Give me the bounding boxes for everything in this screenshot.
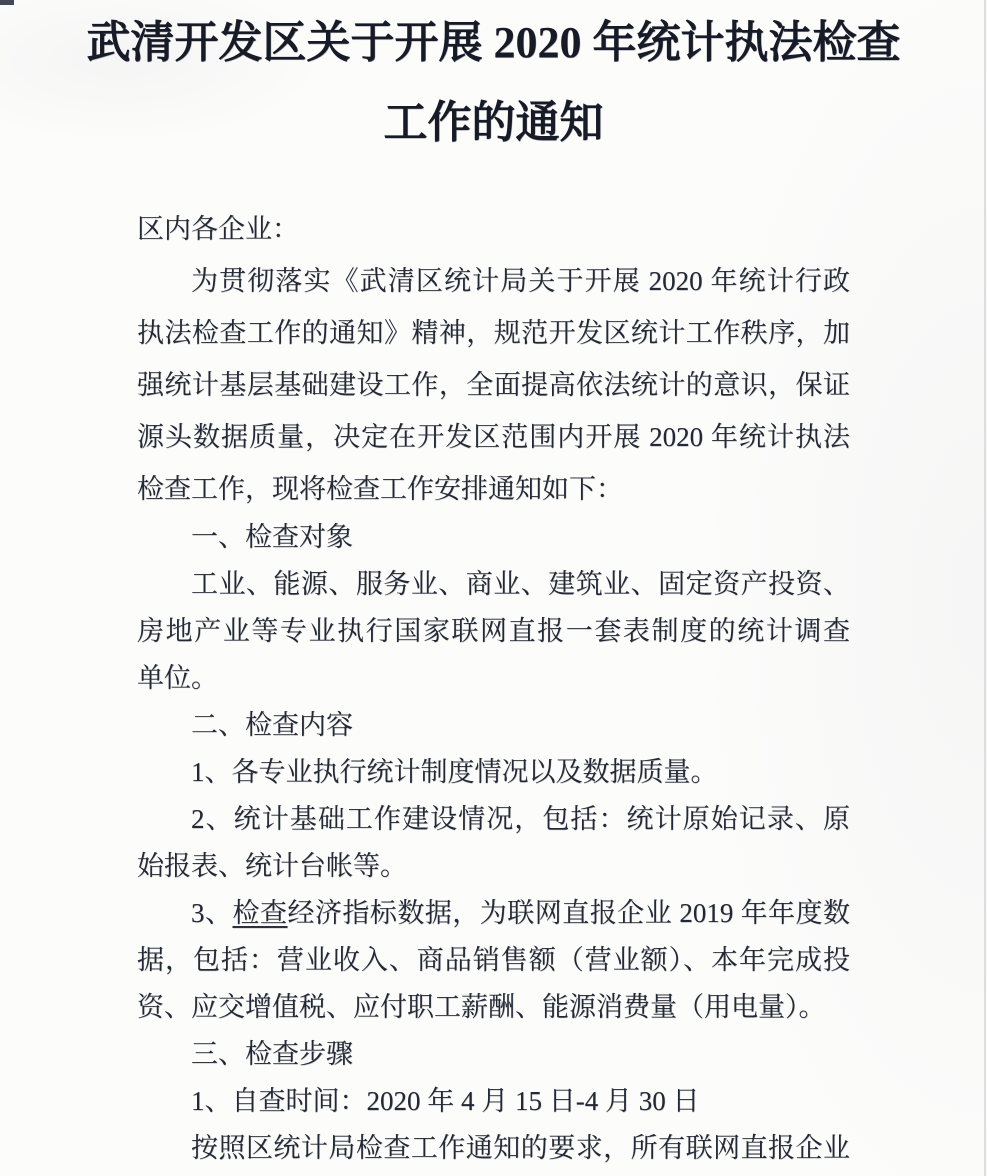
body-line: 工业、能源、服务业、商业、建筑业、固定资产投资、 (137, 561, 850, 608)
body-line: 1、各专业执行统计制度情况以及数据质量。 (137, 749, 850, 796)
notice-title: 武清开发区关于开展 2020 年统计执法检查 工作的通知 (0, 3, 987, 163)
notice-body-sections: 一、检查对象 工业、能源、服务业、商业、建筑业、固定资产投资、 房地产业等专业执… (137, 514, 850, 1172)
body-line-part: 3、 (191, 898, 232, 928)
notice-title-line-2: 工作的通知 (0, 83, 987, 163)
notice-body-opening: 区内各企业： 为贯彻落实《武清区统计局关于开展 2020 年统计行政 执法检查工… (137, 203, 850, 515)
body-line: 单位。 (137, 655, 850, 702)
body-line-part: 经济指标数据，为联网直报企业 2019 年年度数 (287, 898, 850, 928)
body-line: 1、自查时间：2020 年 4 月 15 日-4 月 30 日 (137, 1078, 850, 1125)
notice-title-line-1: 武清开发区关于开展 2020 年统计执法检查 (0, 3, 987, 83)
body-line: 资、应交增值税、应付职工薪酬、能源消费量（用电量）。 (137, 984, 850, 1031)
body-line: 始报表、统计台帐等。 (137, 843, 850, 890)
scanned-notice-page: 武清开发区关于开展 2020 年统计执法检查 工作的通知 区内各企业： 为贯彻落… (0, 0, 987, 1176)
underlined-text: 检查 (232, 898, 287, 928)
body-line: 强统计基层基础建设工作，全面提高依法统计的意识，保证 (137, 359, 850, 411)
salutation-line: 区内各企业： (137, 203, 850, 255)
body-line: 2、统计基础工作建设情况，包括：统计原始记录、原 (137, 796, 850, 843)
scan-edge-line (984, 0, 986, 1176)
body-line: 源头数据质量，决定在开发区范围内开展 2020 年统计执法 (137, 411, 850, 463)
body-line: 为贯彻落实《武清区统计局关于开展 2020 年统计行政 (137, 255, 850, 307)
body-line: 执法检查工作的通知》精神，规范开发区统计工作秩序，加 (137, 307, 850, 359)
body-line: 房地产业等专业执行国家联网直报一套表制度的统计调查 (137, 608, 850, 655)
body-line: 据，包括：营业收入、商品销售额（营业额）、本年完成投 (137, 937, 850, 984)
section-heading: 一、检查对象 (137, 514, 850, 561)
section-heading: 二、检查内容 (137, 702, 850, 749)
body-line: 按照区统计局检查工作通知的要求，所有联网直报企业 (137, 1125, 850, 1172)
section-heading: 三、检查步骤 (137, 1031, 850, 1078)
body-line: 检查工作，现将检查工作安排通知如下： (137, 463, 850, 515)
body-line: 3、检查经济指标数据，为联网直报企业 2019 年年度数 (137, 890, 850, 937)
